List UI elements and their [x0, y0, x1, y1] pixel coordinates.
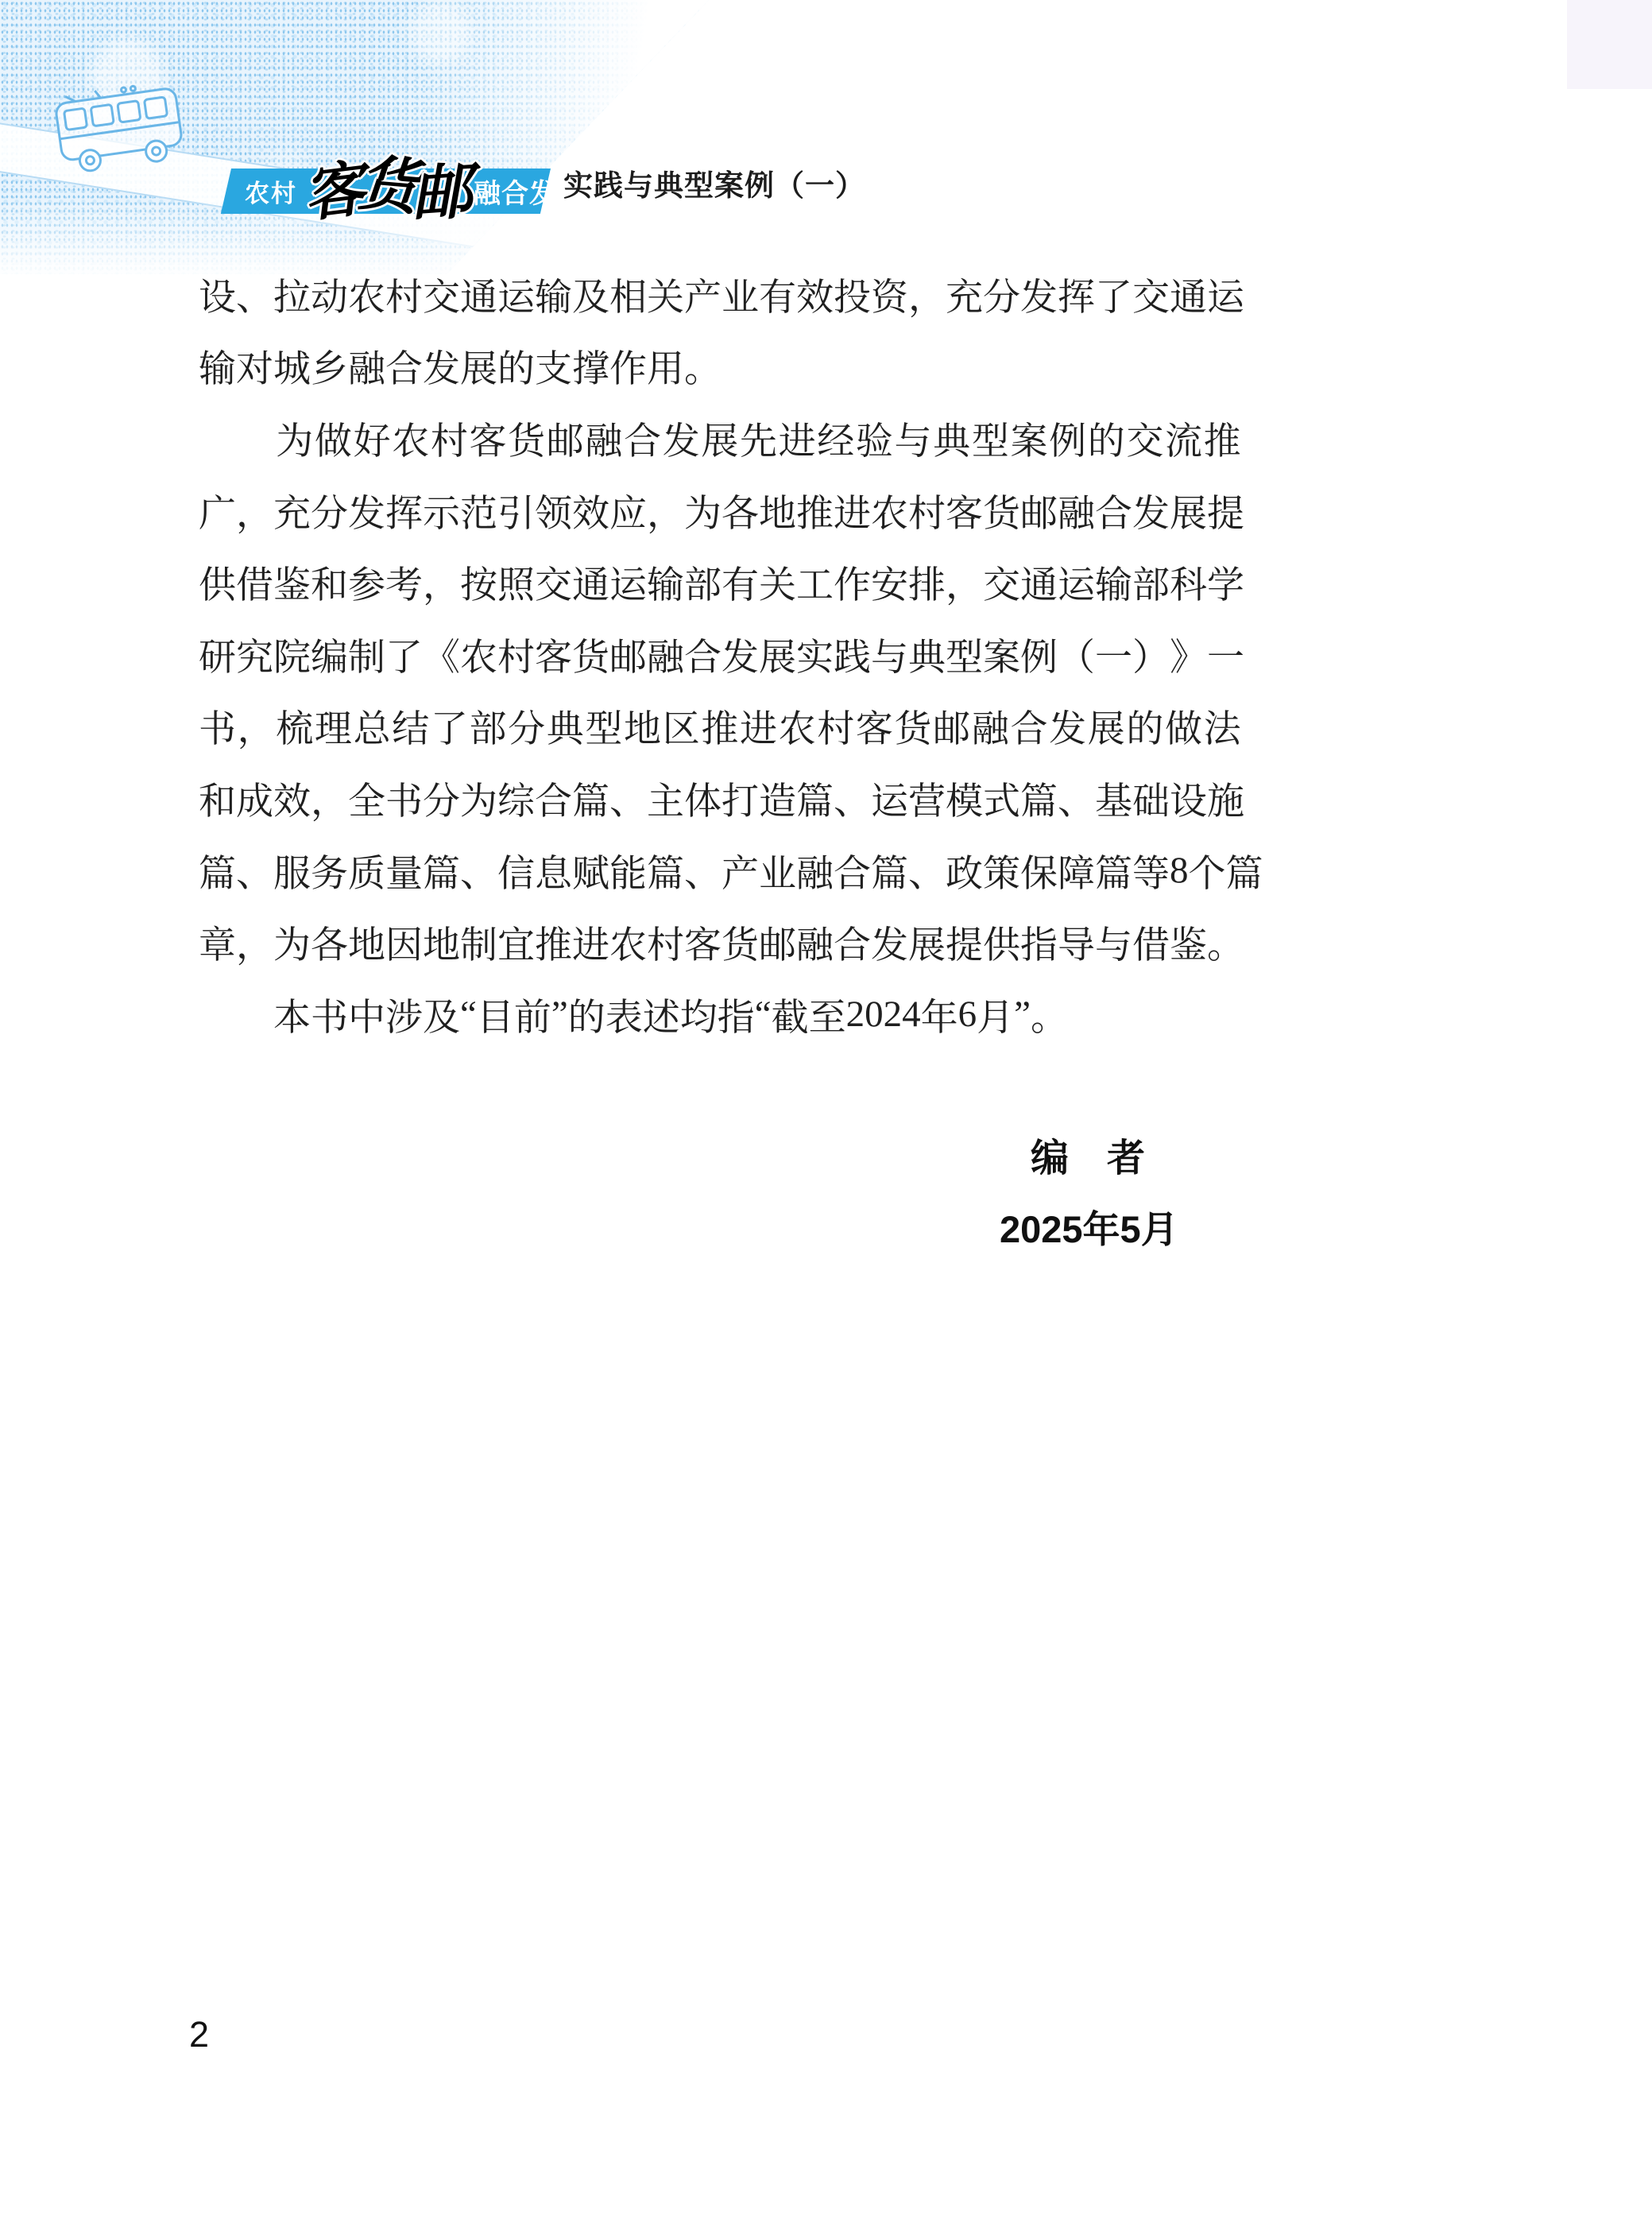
signature-author: 编 者: [1031, 1127, 1145, 1182]
body-line: 章，为各地因地制宜推进农村客货邮融合发展提供指导与借鉴。: [199, 906, 1241, 978]
body-line: 本书中涉及“目前”的表述均指“截至2024年6月”。: [199, 978, 1241, 1051]
rural-bus-sketch-illustration: [0, 0, 709, 274]
body-line: 供借鉴和参考，按照交通运输部有关工作安排，交通运输部科学: [199, 546, 1241, 618]
body-line: 研究院编制了《农村客货邮融合发展实践与典型案例（一）》一: [199, 618, 1241, 691]
corner-decoration: [1567, 0, 1652, 89]
signature-date: 2025年5月: [1000, 1200, 1178, 1253]
body-line: 和成效，全书分为综合篇、主体打造篇、运营模式篇、基础设施: [199, 762, 1241, 835]
body-text: 设、拉动农村交通运输及相关产业有效投资，充分发挥了交通运输对城乡融合发展的支撑作…: [199, 258, 1241, 1051]
banner-prefix-label: 农村: [238, 173, 297, 209]
body-line: 为做好农村客货邮融合发展先进经验与典型案例的交流推: [199, 402, 1241, 475]
body-line: 设、拉动农村交通运输及相关产业有效投资，充分发挥了交通运: [199, 258, 1241, 331]
book-page: 农村 客货邮 融合发展 实践与典型案例（一） 设、拉动农村交通运输及相关产业有效…: [0, 0, 1652, 2216]
body-line: 书，梳理总结了部分典型地区推进农村客货邮融合发展的做法: [199, 691, 1241, 763]
header-subtitle: 实践与典型案例（一）: [563, 165, 865, 207]
body-line: 广，充分发挥示范引领效应，为各地推进农村客货邮融合发展提: [199, 475, 1241, 547]
page-number: 2: [189, 2014, 209, 2055]
body-line: 篇、服务质量篇、信息赋能篇、产业融合篇、政策保障篇等8个篇: [199, 835, 1241, 907]
banner-brand-calligraphy: 客货邮: [304, 161, 466, 221]
header-banner-content: 农村 客货邮 融合发展: [238, 161, 590, 220]
body-line: 输对城乡融合发展的支撑作用。: [199, 331, 1241, 403]
fade-overlay: [0, 0, 709, 274]
